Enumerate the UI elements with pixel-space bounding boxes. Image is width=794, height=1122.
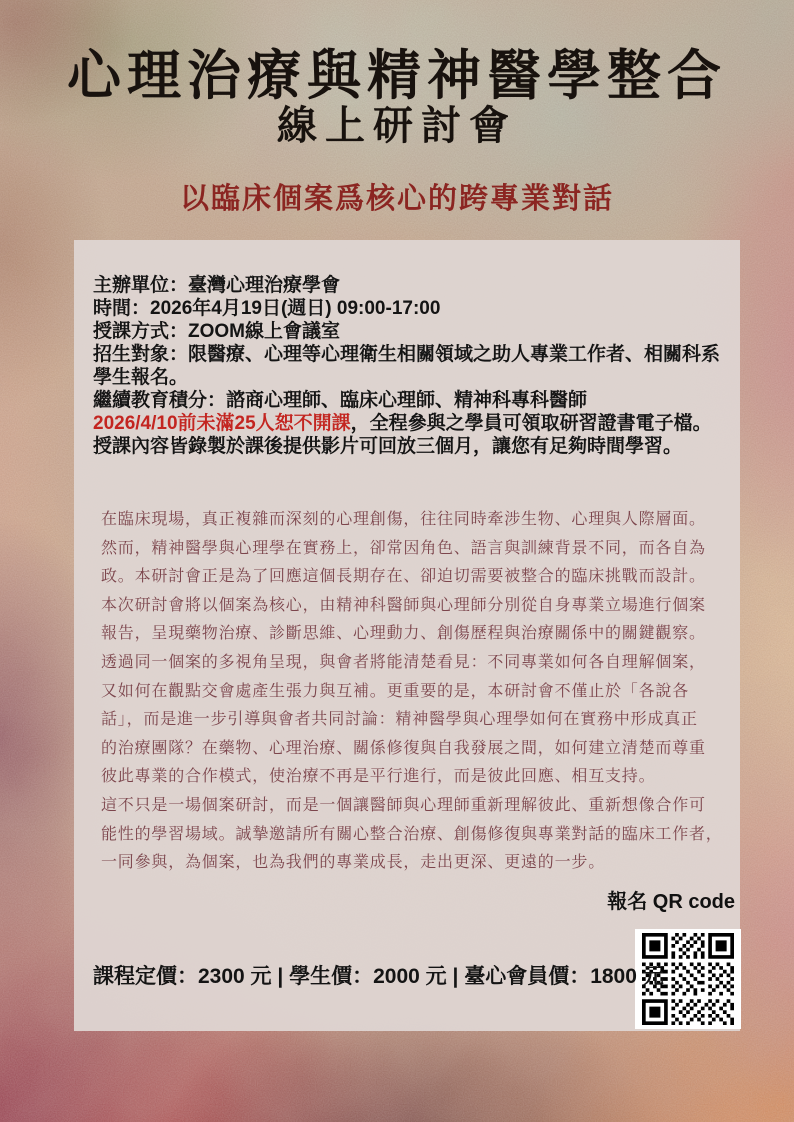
description-line: 透過同一個案的多視角呈現，與會者將能清楚看見：不同專業如何各自理解個案，	[101, 649, 721, 678]
description-line: 的治療團隊？在藥物、心理治療、關係修復與自我發展之間，如何建立清楚而尊重	[101, 735, 721, 764]
certificate-text: ，全程參與之學員可領取研習證書電子檔。	[351, 413, 712, 434]
page-subtitle: 線上研討會	[0, 104, 794, 148]
description-paragraph: 在臨床現場，真正複雜而深刻的心理創傷，往往同時牽涉生物、心理與人際層面。 然而，…	[101, 506, 721, 878]
info-warning-line: 2026/4/10前未滿25人恕不開課，全程參與之學員可領取研習證書電子檔。	[93, 412, 733, 435]
description-line: 又如何在觀點交會處產生張力與互補。更重要的是，本研討會不僅止於「各說各	[101, 678, 721, 707]
description-line: 在臨床現場，真正複雜而深刻的心理創傷，往往同時牽涉生物、心理與人際層面。	[101, 506, 721, 535]
description-line: 能性的學習場域。誠摯邀請所有關心整合治療、創傷修復與專業對話的臨床工作者，	[101, 821, 721, 850]
description-line: 然而，精神醫學與心理學在實務上，卻常因角色、語言與訓練背景不同，而各自為	[101, 535, 721, 564]
description-line: 彼此專業的合作模式，使治療不再是平行進行，而是彼此回應、相互支持。	[101, 763, 721, 792]
info-audience-wrap: 學生報名。	[93, 366, 733, 389]
pricing-line: 課程定價：2300 元 | 學生價：2000 元 | 臺心會員價：1800 元	[93, 964, 664, 990]
description-line: 這不只是一場個案研討，而是一個讓醫師與心理師重新理解彼此、重新想像合作可	[101, 792, 721, 821]
description-line: 報告，呈現藥物治療、診斷思維、心理動力、創傷歷程與治療關係中的關鍵觀察。	[101, 620, 721, 649]
page-title: 心理治療與精神醫學整合	[0, 45, 794, 105]
description-line: 本次研討會將以個案為核心，由精神科醫師與心理師分別從自身專業立場進行個案	[101, 592, 721, 621]
qr-label: 報名 QR code	[607, 890, 735, 914]
content-panel: 主辦單位：臺灣心理治療學會 時間：2026年4月19日(週日) 09:00-17…	[74, 240, 740, 1031]
warning-deadline-text: 2026/4/10前未滿25人恕不開課	[93, 413, 351, 434]
info-format: 授課方式：ZOOM線上會議室	[93, 320, 733, 343]
description-line: 一同參與，為個案，也為我們的專業成長，走出更深、更遠的一步。	[101, 849, 721, 878]
info-datetime: 時間：2026年4月19日(週日) 09:00-17:00	[93, 297, 733, 320]
info-audience: 招生對象：限醫療、心理等心理衛生相關領域之助人專業工作者、相關科系	[93, 343, 733, 366]
event-info-block: 主辦單位：臺灣心理治療學會 時間：2026年4月19日(週日) 09:00-17…	[93, 274, 733, 458]
seminar-poster: 心理治療與精神醫學整合 線上研討會 以臨床個案爲核心的跨專業對話 主辦單位：臺灣…	[0, 0, 794, 1122]
description-line: 政。本研討會正是為了回應這個長期存在、卻迫切需要被整合的臨床挑戰而設計。	[101, 563, 721, 592]
info-recording: 授課內容皆錄製於課後提供影片可回放三個月，讓您有足夠時間學習。	[93, 435, 733, 458]
info-credits: 繼續教育積分：諮商心理師、臨床心理師、精神科專科醫師	[93, 389, 733, 412]
tagline: 以臨床個案爲核心的跨專業對話	[0, 182, 794, 216]
info-organizer: 主辦單位：臺灣心理治療學會	[93, 274, 733, 297]
description-line: 話」，而是進一步引導與會者共同討論：精神醫學與心理學如何在實務中形成真正	[101, 706, 721, 735]
